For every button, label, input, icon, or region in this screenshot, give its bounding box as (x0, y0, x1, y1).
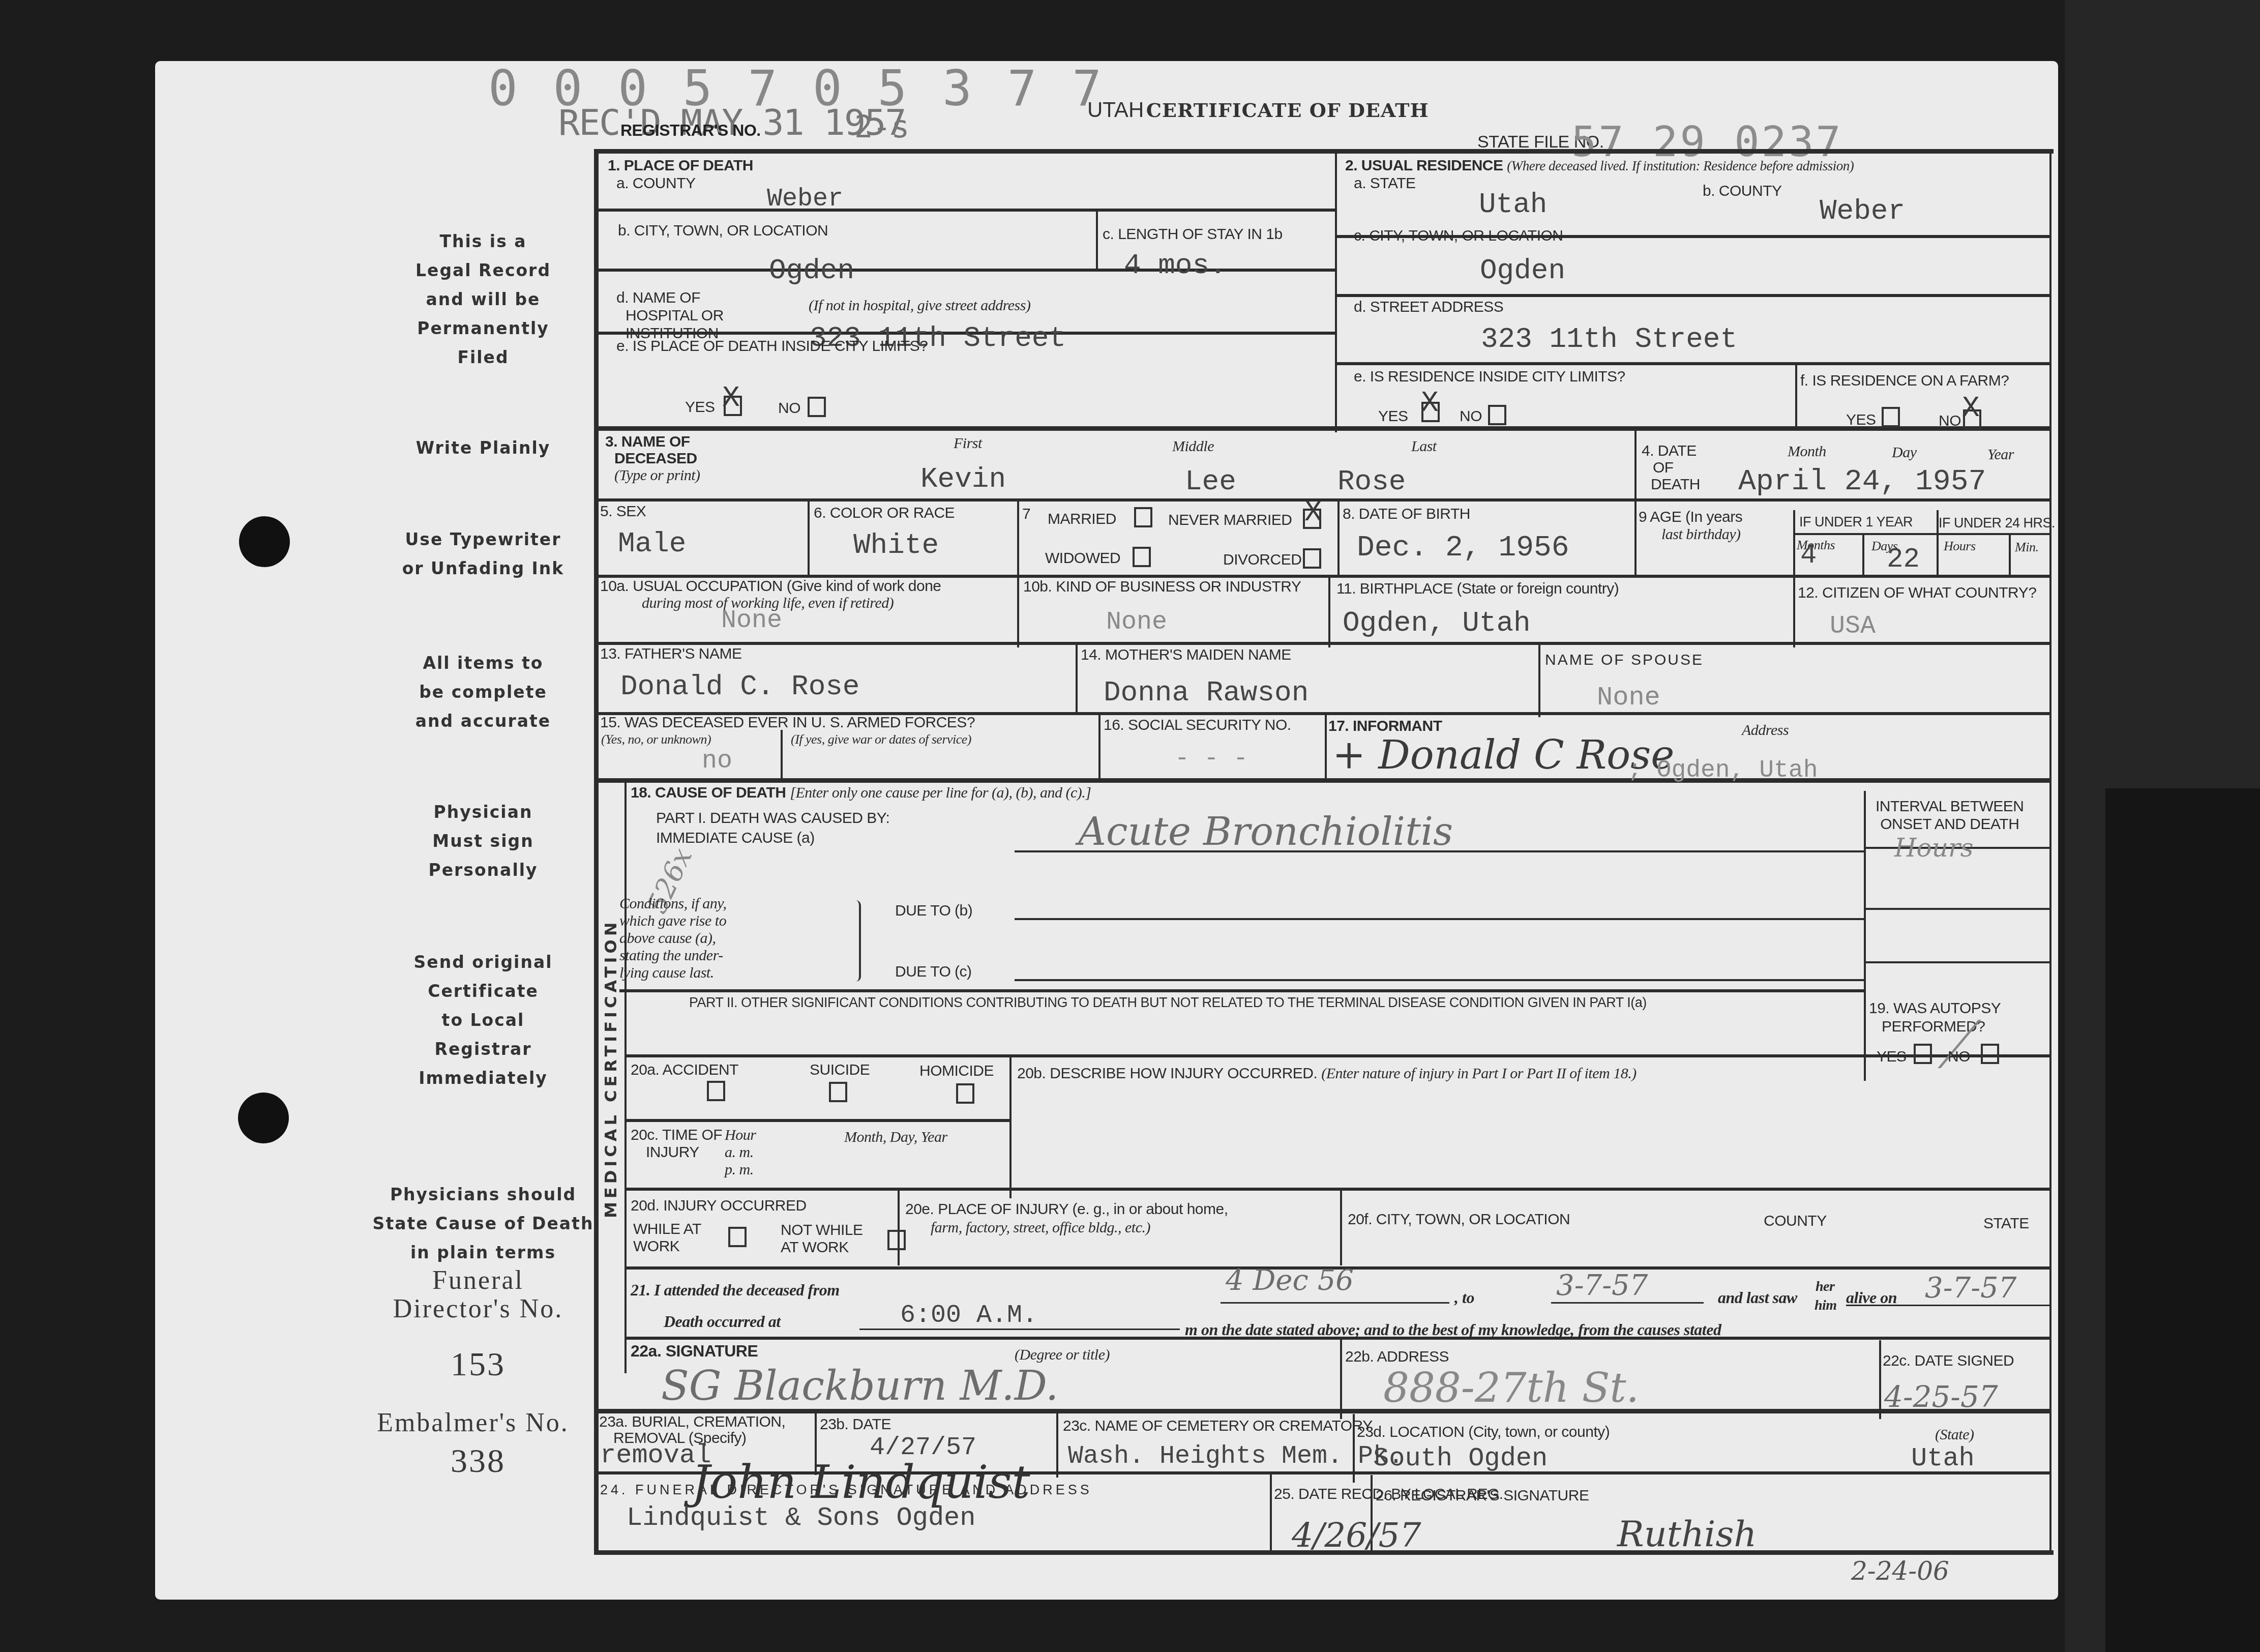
line-due-b (1015, 918, 1864, 920)
date-signed-field[interactable]: 4-25-57 (1884, 1379, 1998, 1414)
physician-signature[interactable]: SG Blackburn M.D. (661, 1362, 1058, 1409)
immediate-cause-label: IMMEDIATE CAUSE (a) (656, 830, 815, 846)
residence-farm-yes-label: YES (1846, 412, 1876, 428)
divider (1793, 533, 2050, 535)
death-inside-limits-label: e. IS PLACE OF DEATH INSIDE CITY LIMITS? (616, 338, 928, 355)
informant-label: 17. INFORMANT (1328, 718, 1442, 734)
interval-label: INTERVAL BETWEEN ONSET AND DEATH (1876, 798, 2024, 833)
physician-address-field[interactable]: 888-27th St. (1383, 1364, 1639, 1411)
first-name-label: First (954, 435, 982, 452)
disposition-date-label: 23b. DATE (820, 1417, 891, 1433)
residence-farm-label: f. IS RESIDENCE ON A FARM? (1800, 373, 2009, 389)
injury-city-label: 20f. CITY, TOWN, OR LOCATION (1348, 1212, 1570, 1228)
embalmer-no-label: Embalmer's No. (351, 1409, 595, 1437)
hospital-hint: (If not in hospital, give street address… (809, 298, 1030, 314)
death-inside-limits-no-label: NO (778, 400, 800, 417)
date-of-death-field[interactable]: April 24, 1957 (1738, 465, 1986, 498)
divider (619, 989, 1865, 992)
divider (1634, 430, 1637, 577)
injury-state-label: STATE (1983, 1216, 2029, 1232)
title-text: CERTIFICATE OF DEATH (1146, 99, 1429, 122)
check-mark-icon: X (722, 384, 740, 414)
sex-label: 5. SEX (600, 504, 646, 520)
funeral-director-field[interactable]: Lindquist & Sons Ogden (627, 1503, 976, 1533)
business-label: 10b. KIND OF BUSINESS OR INDUSTRY (1023, 579, 1301, 595)
suicide-label: SUICIDE (810, 1062, 870, 1078)
registrar-signature[interactable]: Ruthish (1617, 1513, 1757, 1555)
age-days-field[interactable]: 22 (1887, 544, 1920, 575)
homicide-label: HOMICIDE (919, 1063, 994, 1079)
divider (1076, 643, 1078, 715)
accident-checkbox[interactable] (707, 1081, 725, 1101)
time-of-injury-label: 20c. TIME OF INJURY (631, 1127, 722, 1161)
spouse-name-label: NAME OF SPOUSE (1545, 652, 1704, 668)
divider (1340, 1338, 1342, 1419)
citizen-label: 12. CITIZEN OF WHAT COUNTRY? (1798, 585, 2036, 601)
residence-street-field[interactable]: 323 11th Street (1481, 323, 1737, 356)
usual-residence-label: 2. USUAL RESIDENCE (Where deceased lived… (1345, 158, 1854, 174)
attended-to-label: , to (1454, 1289, 1474, 1307)
middle-name-label: Middle (1172, 438, 1214, 455)
divider (596, 1409, 2050, 1413)
form-border-right (2049, 149, 2051, 1554)
divider (1328, 576, 1330, 647)
attended-from-field[interactable]: 4 Dec 56 (1226, 1264, 1354, 1297)
informant-address-field[interactable]: ; Ogden, Utah (1627, 757, 1818, 784)
sidebar-note-plain-terms: Physicians shouldState Cause of Deathin … (361, 1180, 605, 1267)
alive-on-label: alive on (1846, 1289, 1897, 1307)
attended-label: 21. I attended the deceased from (631, 1282, 840, 1299)
birthplace-field[interactable]: Ogden, Utah (1343, 607, 1531, 639)
sidebar-note-legal: This is aLegal Recordand will bePermanen… (361, 227, 605, 372)
him-label: him (1815, 1298, 1837, 1313)
business-field[interactable]: None (1106, 608, 1167, 637)
divider (625, 1054, 2050, 1057)
residence-inside-limits-label: e. IS RESIDENCE INSIDE CITY LIMITS? (1354, 369, 1625, 385)
divider (1056, 1411, 1058, 1478)
conditions-bracket (852, 900, 861, 982)
residence-inside-limits-no-label: NO (1460, 408, 1482, 425)
armed-forces-label: 15. WAS DECEASED EVER IN U. S. ARMED FOR… (600, 715, 975, 731)
line-attended-to (1551, 1302, 1704, 1304)
burial-location-field[interactable]: South Ogden (1373, 1443, 1548, 1473)
medical-certification-label: MEDICAL CERTIFICATION (601, 919, 620, 1218)
form-border-top (594, 149, 2054, 154)
race-field[interactable]: White (853, 529, 939, 562)
residence-county-field[interactable]: Weber (1820, 195, 1905, 227)
dod-year-label: Year (1987, 447, 2014, 463)
length-of-stay-label: c. LENGTH OF STAY IN 1b (1103, 226, 1283, 243)
age-min-label: Min. (2015, 540, 2038, 554)
divider (1325, 714, 1327, 782)
divider (1793, 510, 1795, 647)
residence-state-label: a. STATE (1354, 175, 1416, 192)
citizen-field[interactable]: USA (1830, 612, 1876, 641)
physician-address-label: 22b. ADDRESS (1345, 1349, 1449, 1365)
due-to-c-label: DUE TO (c) (895, 964, 972, 980)
accident-label: 20a. ACCIDENT (631, 1062, 738, 1078)
place-of-injury-label: 20e. PLACE OF INJURY (e. g., in or about… (905, 1200, 1228, 1237)
last-saw-label: and last saw (1718, 1289, 1797, 1307)
last-seen-field[interactable]: 3-7-57 (1925, 1272, 2016, 1305)
armed-forces-hint-yes-no: (Yes, no, or unknown) (601, 732, 711, 746)
marital-divorced-checkbox[interactable] (1303, 548, 1321, 569)
residence-city-field[interactable]: Ogden (1480, 254, 1565, 287)
armed-forces-field[interactable]: no (702, 747, 732, 776)
part1-label: PART I. DEATH WAS CAUSED BY: (656, 810, 889, 827)
divider (1538, 643, 1540, 717)
divider (1337, 500, 1340, 576)
form-border-left (594, 149, 599, 1554)
punch-hole (238, 1093, 289, 1143)
registrar-no-value: 2-s (854, 109, 909, 145)
dod-day-label: Day (1892, 445, 1916, 461)
occupation-field[interactable]: None (721, 606, 782, 635)
sidebar-note-send-original: Send originalCertificateto LocalRegistra… (361, 948, 605, 1093)
attended-to-field[interactable]: 3-7-57 (1556, 1269, 1648, 1302)
length-of-stay-field[interactable]: 4 mos. (1124, 249, 1227, 282)
embalmer-no: 338 (356, 1447, 600, 1476)
marital-divorced-label: DIVORCED (1223, 552, 1301, 568)
date-of-birth-field[interactable]: Dec. 2, 1956 (1357, 532, 1569, 565)
deceased-name-label: 3. NAME OF DECEASED (Type or print) (605, 433, 700, 484)
marital-married-checkbox[interactable] (1134, 507, 1152, 527)
certificate-title: UTAH CERTIFICATE OF DEATH (1087, 98, 1429, 122)
funeral-director-no: 153 (356, 1350, 600, 1379)
autopsy-no-label: NO (1948, 1049, 1970, 1065)
ssn-label: 16. SOCIAL SECURITY NO. (1104, 717, 1291, 733)
not-while-at-work-label: NOT WHILE AT WORK (781, 1222, 863, 1256)
divider (1865, 961, 2050, 963)
injury-description-field[interactable] (1017, 1088, 2047, 1185)
check-mark-icon: X (1421, 389, 1439, 419)
divider (625, 781, 627, 1373)
death-inside-limits-yes-label: YES (685, 399, 715, 416)
death-occurred-label: Death occurred at (664, 1313, 781, 1331)
mother-name-label: 14. MOTHER'S MAIDEN NAME (1081, 647, 1291, 663)
last-name-label: Last (1411, 438, 1437, 455)
death-county-field[interactable]: Weber (767, 185, 843, 214)
divider (596, 426, 2050, 431)
date-received-field[interactable]: 4/26/57 (1292, 1516, 1421, 1555)
divider (625, 1119, 1011, 1122)
injury-county-label: COUNTY (1764, 1213, 1827, 1229)
informant-address-label: Address (1742, 722, 1789, 739)
marital-never-married-label: NEVER MARRIED (1168, 512, 1292, 528)
while-at-work-label: WHILE AT WORK (633, 1221, 701, 1255)
divider (1017, 500, 1019, 647)
sex-field[interactable]: Male (618, 527, 686, 560)
sidebar-note-typewriter: Use Typewriteror Unfading Ink (361, 525, 605, 583)
divider (596, 778, 2050, 783)
divider (596, 209, 1336, 212)
informant-signature[interactable]: + Donald C Rose (1332, 732, 1674, 778)
punch-hole (239, 516, 290, 567)
residence-state-field[interactable]: Utah (1479, 188, 1547, 221)
cemetery-label: 23c. NAME OF CEMETERY OR CREMATORY (1063, 1418, 1373, 1434)
injury-description-label: 20b. DESCRIBE HOW INJURY OCCURRED. (Ente… (1017, 1066, 1637, 1082)
death-time-field[interactable]: 6:00 A.M. (900, 1301, 1037, 1330)
funeral-director-no-label: FuneralDirector's No. (356, 1266, 600, 1323)
middle-name-field[interactable]: Lee (1185, 465, 1236, 498)
title-prefix: UTAH (1087, 98, 1144, 122)
marital-number: 7 (1022, 506, 1030, 522)
death-county-label: a. COUNTY (616, 175, 696, 192)
injury-date-label: Month, Day, Year (844, 1129, 947, 1145)
dod-month-label: Month (1788, 444, 1826, 460)
autopsy-no-checkbox[interactable] (1981, 1044, 1999, 1064)
divider (1795, 364, 1797, 430)
divider (781, 730, 783, 781)
check-mark-icon: X (1304, 498, 1322, 528)
line-attended-from (1221, 1302, 1449, 1304)
degree-label: (Degree or title) (1015, 1347, 1110, 1363)
divider (808, 500, 810, 576)
divider (1865, 908, 2050, 910)
mother-name-field[interactable]: Donna Rawson (1104, 676, 1309, 709)
scanner-background (2105, 788, 2260, 1652)
signature-label: 22a. SIGNATURE (631, 1343, 758, 1360)
father-name-field[interactable]: Donald C. Rose (620, 670, 859, 703)
divider (1336, 362, 2049, 365)
age-label: 9 AGE (In years last birthday) (1639, 509, 1742, 543)
sidebar-note-write-plainly: Write Plainly (361, 433, 605, 462)
residence-inside-limits-no-checkbox[interactable] (1488, 405, 1506, 425)
first-name-field[interactable]: Kevin (920, 463, 1006, 495)
divider (1270, 1473, 1272, 1552)
conditions-label: Conditions, if any, which gave rise to a… (619, 895, 727, 982)
residence-farm-yes-checkbox[interactable] (1882, 407, 1900, 427)
homicide-checkbox[interactable] (956, 1083, 974, 1104)
immediate-cause-field[interactable]: Acute Bronchiolitis (1078, 809, 1453, 854)
last-name-field[interactable]: Rose (1337, 465, 1406, 498)
divider (1096, 211, 1098, 270)
divider (1009, 1056, 1012, 1198)
father-name-label: 13. FATHER'S NAME (600, 646, 741, 662)
armed-forces-hint-service: (If yes, give war or dates of service) (791, 732, 971, 746)
divider (1864, 791, 1866, 1081)
under-24-hrs-label: IF UNDER 24 HRS. (1939, 516, 2055, 530)
divider (1335, 150, 1337, 432)
hospital-label: d. NAME OF HOSPITAL OR INSTITUTION (616, 289, 724, 342)
spouse-name-field[interactable]: None (1597, 683, 1660, 713)
statement-text: m on the date stated above; and to the b… (1185, 1321, 1721, 1339)
marital-widowed-label: WIDOWED (1045, 550, 1120, 567)
ssn-field[interactable]: - - - (1175, 745, 1248, 773)
divider (596, 642, 2050, 645)
her-label: her (1816, 1279, 1834, 1294)
divider (625, 1188, 2050, 1191)
age-hours-label: Hours (1944, 539, 1976, 553)
residence-inside-limits-yes-label: YES (1378, 408, 1408, 425)
funeral-director-signature[interactable]: John Lindquist (692, 1456, 1030, 1509)
registrar-no-label: REGISTRAR'S NO. (620, 122, 761, 139)
divider (596, 498, 2050, 501)
divider (1862, 534, 1864, 576)
suicide-checkbox[interactable] (829, 1082, 847, 1102)
cause-of-death-label: 18. CAUSE OF DEATH [Enter only one cause… (631, 785, 1091, 801)
place-of-death-label: 1. PLACE OF DEATH (608, 158, 753, 174)
part2-label: PART II. OTHER SIGNIFICANT CONDITIONS CO… (689, 995, 1647, 1010)
death-inside-limits-no-checkbox[interactable] (808, 397, 826, 417)
injury-time-units: Hour a. m. p. m. (725, 1127, 756, 1178)
burial-state-label: (State) (1935, 1427, 1974, 1443)
divider (898, 1189, 900, 1265)
death-city-field[interactable]: Ogden (769, 254, 854, 287)
check-mark-icon: X (1962, 394, 1980, 424)
age-months-field[interactable]: 4 (1800, 540, 1817, 571)
due-to-b-label: DUE TO (b) (895, 903, 972, 919)
under-1-year-label: IF UNDER 1 YEAR (1799, 515, 1913, 529)
divider (2009, 534, 2011, 576)
divider (1098, 714, 1101, 782)
sidebar-note-physician-sign: PhysicianMust signPersonally (361, 798, 605, 884)
marital-widowed-checkbox[interactable] (1133, 547, 1151, 567)
divider (1336, 294, 2049, 297)
residence-farm-no-label: NO (1939, 413, 1961, 429)
sidebar-note-complete: All items tobe completeand accurate (361, 648, 605, 735)
not-while-at-work-checkbox[interactable] (887, 1230, 906, 1250)
burial-location-label: 23d. LOCATION (City, town, or county) (1357, 1424, 1610, 1440)
burial-state-field[interactable]: Utah (1911, 1443, 1975, 1473)
date-of-death-label: 4. DATE OF DEATH (1642, 442, 1700, 493)
divider (1879, 1340, 1881, 1419)
cemetery-field[interactable]: Wash. Heights Mem. Pk. (1068, 1442, 1404, 1471)
marital-married-label: MARRIED (1048, 511, 1116, 527)
line-due-c (1015, 979, 1864, 981)
residence-county-label: b. COUNTY (1703, 183, 1782, 199)
while-at-work-checkbox[interactable] (728, 1227, 747, 1247)
registrar-signature-label: 26. REGISTRAR'S SIGNATURE (1376, 1488, 1589, 1504)
interval-field[interactable]: Hours (1894, 833, 1973, 863)
date-signed-label: 22c. DATE SIGNED (1883, 1353, 2014, 1369)
registrar-note: 2-24-06 (1851, 1556, 1949, 1586)
birthplace-label: 11. BIRTHPLACE (State or foreign country… (1336, 581, 1619, 597)
date-of-birth-label: 8. DATE OF BIRTH (1343, 506, 1470, 522)
residence-street-label: d. STREET ADDRESS (1354, 299, 1503, 315)
race-label: 6. COLOR OR RACE (814, 505, 955, 521)
divider (1340, 1189, 1342, 1265)
death-city-label: b. CITY, TOWN, OR LOCATION (618, 223, 828, 239)
injury-occurred-label: 20d. INJURY OCCURRED (631, 1198, 807, 1214)
residence-city-label: c. CITY, TOWN, OR LOCATION (1354, 228, 1563, 244)
